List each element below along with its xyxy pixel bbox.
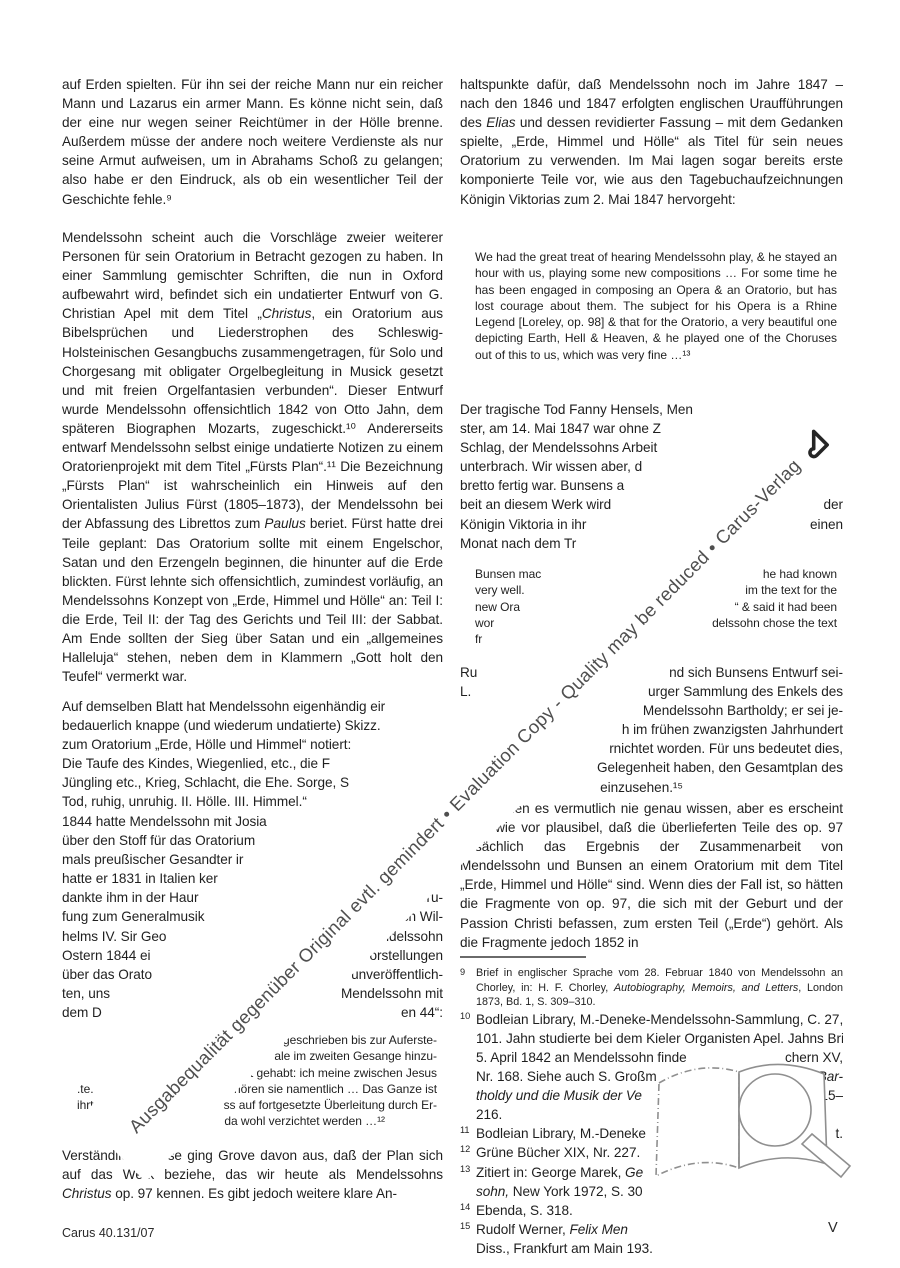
footnote-number: 12 bbox=[460, 1142, 476, 1161]
paragraph: haltspunkte dafür, daß Mendelssohn noch … bbox=[460, 75, 843, 209]
footnote-text: Brief in englischer Sprache vom 28. Febr… bbox=[476, 966, 843, 1010]
page-number: V bbox=[828, 1220, 838, 1236]
block-quote: We had the great treat of hearing Mendel… bbox=[475, 249, 837, 363]
edition-number: Carus 40.131/07 bbox=[62, 1226, 154, 1240]
carus-logo-icon bbox=[794, 424, 836, 466]
paragraph-fragment-block: Auf demselben Blatt hat Mendelssohn eige… bbox=[62, 697, 443, 812]
footnote-text: Rudolf Werner, Felix MenDiss., Frankfurt… bbox=[476, 1220, 843, 1258]
text-line: bedauerlich knappe (und wiederum undatie… bbox=[62, 716, 443, 735]
footnote-number: 11 bbox=[460, 1123, 476, 1142]
text-line: Die Taufe des Kindes, Wiegenlied, etc., … bbox=[62, 754, 443, 773]
paragraph: Mendelssohn scheint auch die Vorschläge … bbox=[62, 228, 443, 686]
footnote-flow: Brief in englischer Sprache vom 28. Febr… bbox=[476, 966, 843, 1010]
footnote: 9Brief in englischer Sprache vom 28. Feb… bbox=[460, 966, 843, 1010]
footnote: 15Rudolf Werner, Felix MenDiss., Frankfu… bbox=[460, 1220, 843, 1258]
book-magnifier-graphic bbox=[644, 1048, 854, 1208]
text-line: 101. Jahn studierte bei dem Kieler Organ… bbox=[476, 1029, 843, 1048]
scanned-preface-page: auf Erden spielten. Für ihn sei der reic… bbox=[0, 0, 900, 1268]
text-line: Bodleian Library, M.-Deneke-Mendelssohn-… bbox=[476, 1010, 843, 1029]
footnote-number: 9 bbox=[460, 965, 476, 1009]
paragraph: Wir werden es vermutlich nie genau wisse… bbox=[460, 799, 843, 952]
text-line: Diss., Frankfurt am Main 193. bbox=[476, 1239, 843, 1258]
footnote-number: 14 bbox=[460, 1200, 476, 1219]
footnote-number: 13 bbox=[460, 1162, 476, 1200]
text-line: Rudolf Werner, Felix Men bbox=[476, 1220, 843, 1239]
footnote-number: 15 bbox=[460, 1219, 476, 1257]
paragraph: auf Erden spielten. Für ihn sei der reic… bbox=[62, 75, 443, 209]
footnote-separator-rule bbox=[460, 956, 586, 958]
text-line: Jüngling etc., Krieg, Schlacht, die Ehe.… bbox=[62, 773, 443, 792]
footnote-number: 10 bbox=[460, 1009, 476, 1124]
text-line: Auf demselben Blatt hat Mendelssohn eige… bbox=[62, 697, 443, 716]
text-line: zum Oratorium „Erde, Hölle und Himmel“ n… bbox=[62, 735, 443, 754]
